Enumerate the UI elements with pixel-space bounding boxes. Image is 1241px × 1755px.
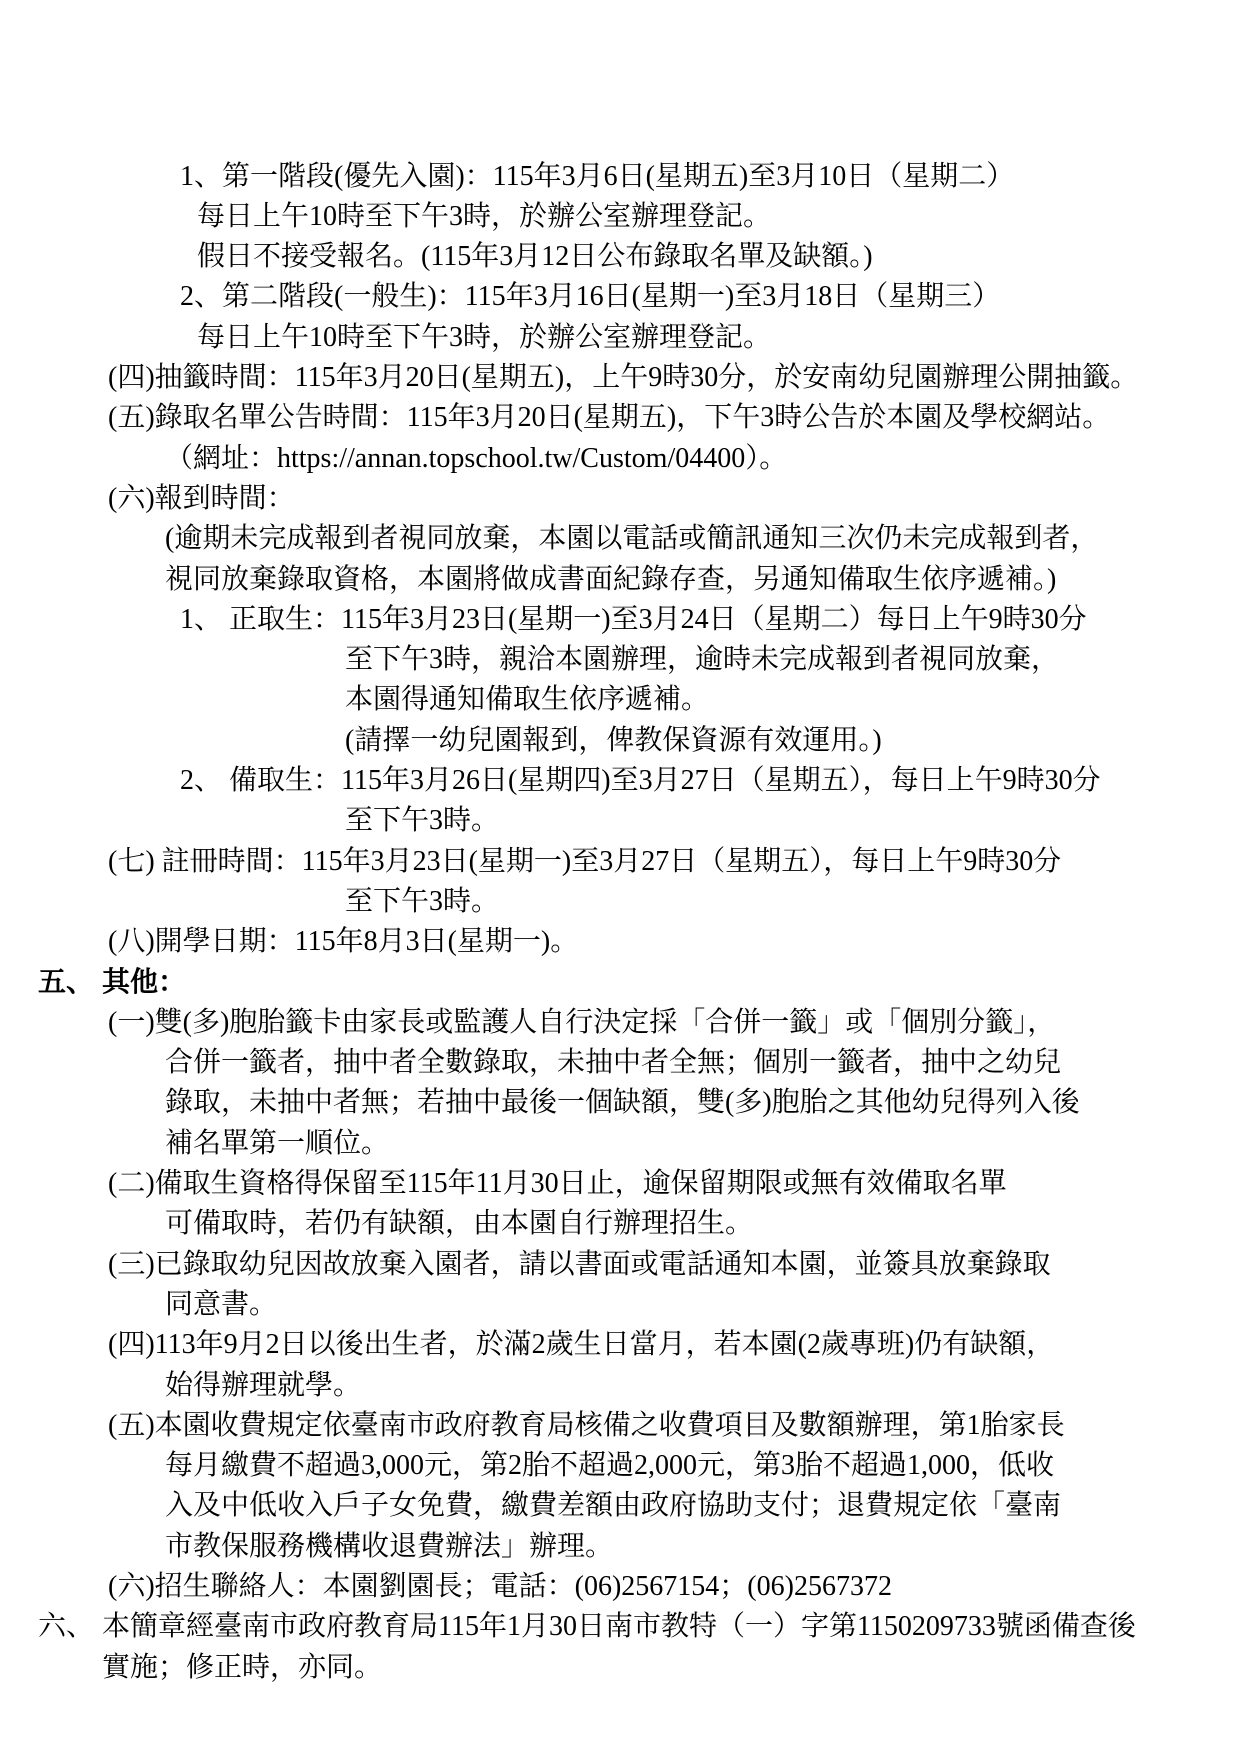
document-line: 本園得通知備取生依序遞補。 xyxy=(0,680,1241,720)
document-line: 1、 正取生：115年3月23日(星期一)至3月24日（星期二）每日上午9時30… xyxy=(0,600,1241,640)
line-text: 同意書。 xyxy=(165,1289,277,1320)
document-line: 至下午3時。 xyxy=(0,801,1241,841)
line-text: (七) 註冊時間：115年3月23日(星期一)至3月27日（星期五），每日上午9… xyxy=(108,846,1061,877)
line-text: 至下午3時。 xyxy=(345,805,499,836)
document-line: (請擇一幼兒園報到，俾教保資源有效運用。) xyxy=(0,721,1241,761)
line-text: 1、 正取生：115年3月23日(星期一)至3月24日（星期二）每日上午9時30… xyxy=(180,604,1087,635)
document-line: 至下午3時。 xyxy=(0,882,1241,922)
line-text: 1、第一階段(優先入園)：115年3月6日(星期五)至3月10日（星期二） xyxy=(180,161,1014,192)
document-line: 五、其他： xyxy=(0,963,1241,1003)
document-line: 2、 備取生：115年3月26日(星期四)至3月27日（星期五），每日上午9時3… xyxy=(0,761,1241,801)
line-text: 至下午3時。 xyxy=(345,886,499,917)
line-text: 至下午3時，親洽本園辦理，逾時未完成報到者視同放棄， xyxy=(345,644,1059,675)
document-line: 始得辦理就學。 xyxy=(0,1366,1241,1406)
document-line: (五)錄取名單公告時間：115年3月20日(星期五)，下午3時公告於本園及學校網… xyxy=(0,398,1241,438)
document-line: (逾期未完成報到者視同放棄，本園以電話或簡訊通知三次仍未完成報到者， xyxy=(0,519,1241,559)
document-line: 至下午3時，親洽本園辦理，逾時未完成報到者視同放棄， xyxy=(0,640,1241,680)
line-text: (三)已錄取幼兒因故放棄入園者，請以書面或電話通知本園，並簽具放棄錄取 xyxy=(108,1249,1051,1280)
document-line: (四)113年9月2日以後出生者，於滿2歲生日當月，若本園(2歲專班)仍有缺額， xyxy=(0,1325,1241,1365)
line-text: (請擇一幼兒園報到，俾教保資源有效運用。) xyxy=(345,725,882,756)
document-line: (七) 註冊時間：115年3月23日(星期一)至3月27日（星期五），每日上午9… xyxy=(0,842,1241,882)
line-text: 實施；修正時，亦同。 xyxy=(102,1652,382,1683)
document-line: 市教保服務機構收退費辦法」辦理。 xyxy=(0,1527,1241,1567)
document-line: (三)已錄取幼兒因故放棄入園者，請以書面或電話通知本園，並簽具放棄錄取 xyxy=(0,1245,1241,1285)
document-line: 錄取，未抽中者無；若抽中最後一個缺額，雙(多)胞胎之其他幼兒得列入後 xyxy=(0,1083,1241,1123)
document-line: 補名單第一順位。 xyxy=(0,1124,1241,1164)
document-line: 可備取時，若仍有缺額，由本園自行辦理招生。 xyxy=(0,1204,1241,1244)
line-text: 每日上午10時至下午3時，於辦公室辦理登記。 xyxy=(197,201,771,232)
document-line: 入及中低收入戶子女免費，繳費差額由政府協助支付；退費規定依「臺南 xyxy=(0,1486,1241,1526)
list-marker: 六、 xyxy=(38,1607,102,1647)
line-text: 其他： xyxy=(102,967,186,998)
document-line: 每月繳費不超過3,000元，第2胎不超過2,000元，第3胎不超過1,000，低… xyxy=(0,1446,1241,1486)
line-text: (二)備取生資格得保留至115年11月30日止，逾保留期限或無有效備取名單 xyxy=(108,1168,1007,1199)
line-text: (六)報到時間： xyxy=(108,483,295,514)
line-text: 本園得通知備取生依序遞補。 xyxy=(345,684,709,715)
line-text: 市教保服務機構收退費辦法」辦理。 xyxy=(165,1531,613,1562)
line-text: （網址：https://annan.topschool.tw/Custom/04… xyxy=(165,443,787,474)
line-text: 始得辦理就學。 xyxy=(165,1370,361,1401)
document-line: 合併一籤者，抽中者全數錄取，未抽中者全無；個別一籤者，抽中之幼兒 xyxy=(0,1043,1241,1083)
line-text: (五)錄取名單公告時間：115年3月20日(星期五)，下午3時公告於本園及學校網… xyxy=(108,402,1110,433)
document-page: 1、第一階段(優先入園)：115年3月6日(星期五)至3月10日（星期二）每日上… xyxy=(0,0,1241,1728)
line-text: (五)本園收費規定依臺南市政府教育局核備之收費項目及數額辦理，第1胎家長 xyxy=(108,1410,1065,1441)
document-line: 視同放棄錄取資格，本園將做成書面紀錄存查，另通知備取生依序遞補。) xyxy=(0,560,1241,600)
line-text: (逾期未完成報到者視同放棄，本園以電話或簡訊通知三次仍未完成報到者， xyxy=(165,523,1098,554)
document-line: (六)報到時間： xyxy=(0,479,1241,519)
line-text: (六)招生聯絡人：本園劉園長；電話：(06)2567154；(06)256737… xyxy=(108,1571,892,1602)
line-text: 每日上午10時至下午3時，於辦公室辦理登記。 xyxy=(197,322,771,353)
line-text: (四)113年9月2日以後出生者，於滿2歲生日當月，若本園(2歲專班)仍有缺額， xyxy=(108,1329,1054,1360)
document-line: (四)抽籤時間：115年3月20日(星期五)，上午9時30分，於安南幼兒園辦理公… xyxy=(0,358,1241,398)
list-marker: 五、 xyxy=(38,963,102,1003)
document-line: (一)雙(多)胞胎籤卡由家長或監護人自行決定採「合併一籤」或「個別分籤」， xyxy=(0,1003,1241,1043)
document-body: 1、第一階段(優先入園)：115年3月6日(星期五)至3月10日（星期二）每日上… xyxy=(0,157,1241,1688)
document-line: (八)開學日期：115年8月3日(星期一)。 xyxy=(0,922,1241,962)
line-text: 錄取，未抽中者無；若抽中最後一個缺額，雙(多)胞胎之其他幼兒得列入後 xyxy=(165,1087,1080,1118)
line-text: 補名單第一順位。 xyxy=(165,1128,389,1159)
line-text: 可備取時，若仍有缺額，由本園自行辦理招生。 xyxy=(165,1208,753,1239)
document-line: 同意書。 xyxy=(0,1285,1241,1325)
line-text: (一)雙(多)胞胎籤卡由家長或監護人自行決定採「合併一籤」或「個別分籤」， xyxy=(108,1007,1055,1038)
document-line: （網址：https://annan.topschool.tw/Custom/04… xyxy=(0,439,1241,479)
line-text: 視同放棄錄取資格，本園將做成書面紀錄存查，另通知備取生依序遞補。) xyxy=(165,564,1056,595)
line-text: 假日不接受報名。(115年3月12日公布錄取名單及缺額。) xyxy=(197,241,873,272)
line-text: 2、第二階段(一般生)：115年3月16日(星期一)至3月18日（星期三） xyxy=(180,281,1000,312)
line-text: (八)開學日期：115年8月3日(星期一)。 xyxy=(108,926,578,957)
document-line: 每日上午10時至下午3時，於辦公室辦理登記。 xyxy=(0,318,1241,358)
line-text: (四)抽籤時間：115年3月20日(星期五)，上午9時30分，於安南幼兒園辦理公… xyxy=(108,362,1138,393)
line-text: 入及中低收入戶子女免費，繳費差額由政府協助支付；退費規定依「臺南 xyxy=(165,1490,1061,1521)
document-line: 假日不接受報名。(115年3月12日公布錄取名單及缺額。) xyxy=(0,237,1241,277)
document-line: 1、第一階段(優先入園)：115年3月6日(星期五)至3月10日（星期二） xyxy=(0,157,1241,197)
document-line: 每日上午10時至下午3時，於辦公室辦理登記。 xyxy=(0,197,1241,237)
document-line: (五)本園收費規定依臺南市政府教育局核備之收費項目及數額辦理，第1胎家長 xyxy=(0,1406,1241,1446)
line-text: 合併一籤者，抽中者全數錄取，未抽中者全無；個別一籤者，抽中之幼兒 xyxy=(165,1047,1061,1078)
document-line: (六)招生聯絡人：本園劉園長；電話：(06)2567154；(06)256737… xyxy=(0,1567,1241,1607)
document-line: 六、本簡章經臺南市政府教育局115年1月30日南市教特（一）字第11502097… xyxy=(0,1607,1241,1647)
line-text: 2、 備取生：115年3月26日(星期四)至3月27日（星期五），每日上午9時3… xyxy=(180,765,1101,796)
document-line: 2、第二階段(一般生)：115年3月16日(星期一)至3月18日（星期三） xyxy=(0,277,1241,317)
document-line: (二)備取生資格得保留至115年11月30日止，逾保留期限或無有效備取名單 xyxy=(0,1164,1241,1204)
document-line: 實施；修正時，亦同。 xyxy=(0,1648,1241,1688)
line-text: 每月繳費不超過3,000元，第2胎不超過2,000元，第3胎不超過1,000，低… xyxy=(165,1450,1054,1481)
line-text: 本簡章經臺南市政府教育局115年1月30日南市教特（一）字第1150209733… xyxy=(102,1611,1136,1642)
